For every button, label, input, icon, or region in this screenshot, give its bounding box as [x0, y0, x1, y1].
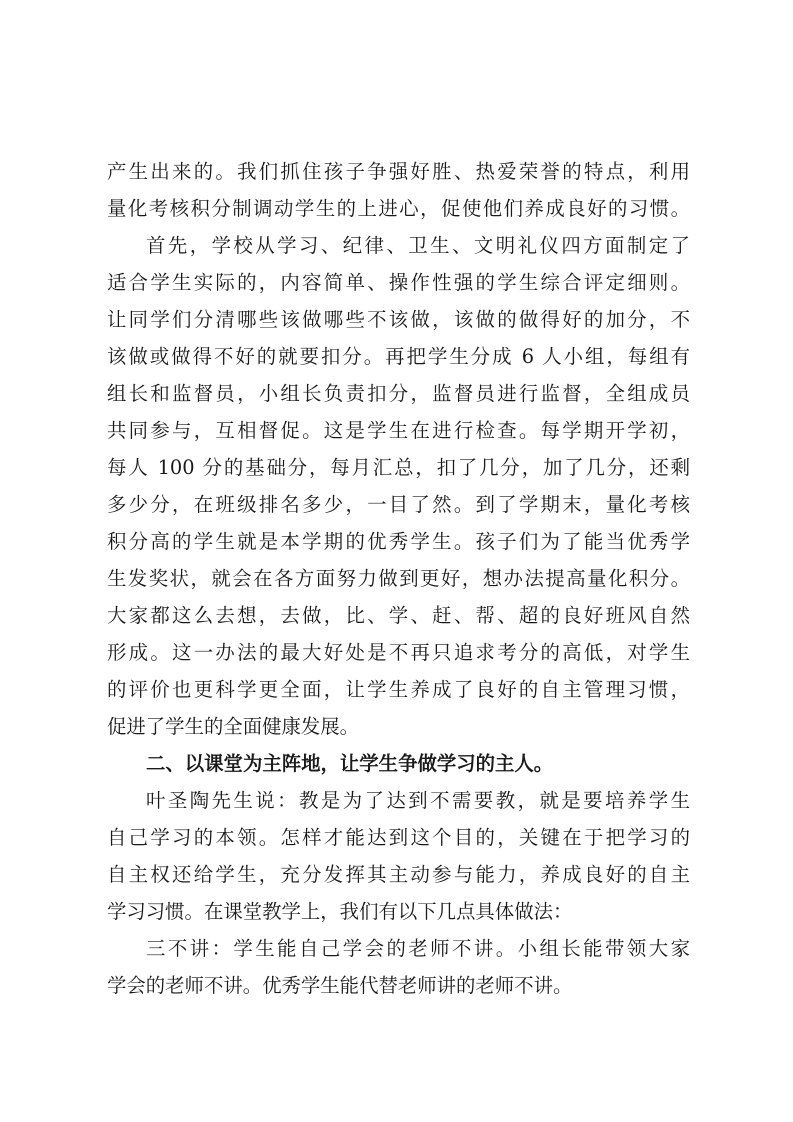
paragraph-line: 学会的老师不讲。优秀学生能代替老师讲的老师不讲。	[107, 967, 690, 1004]
paragraph-line: 大家都这么去想，去做，比、学、赶、帮、超的良好班风自然	[107, 597, 690, 634]
paragraph-line: 让同学们分清哪些该做哪些不该做，该做的做得好的加分，不	[107, 301, 690, 338]
section-heading: 二、以课堂为主阵地，让学生争做学习的主人。	[107, 745, 690, 782]
paragraph-line: 首先，学校从学习、纪律、卫生、文明礼仪四方面制定了	[107, 227, 690, 264]
paragraph-line: 自己学习的本领。怎样才能达到这个目的，关键在于把学习的	[107, 819, 690, 856]
paragraph-line: 生发奖状，就会在各方面努力做到更好，想办法提高量化积分。	[107, 560, 690, 597]
paragraph-line: 多少分，在班级排名多少，一目了然。到了学期末，量化考核	[107, 486, 690, 523]
paragraph-line: 积分高的学生就是本学期的优秀学生。孩子们为了能当优秀学	[107, 523, 690, 560]
paragraph-line: 促进了学生的全面健康发展。	[107, 708, 690, 745]
paragraph-line: 三不讲：学生能自己学会的老师不讲。小组长能带领大家	[107, 930, 690, 967]
paragraph-line: 组长和监督员，小组长负责扣分，监督员进行监督，全组成员	[107, 375, 690, 412]
paragraph-line: 该做或做得不好的就要扣分。再把学生分成 6 人小组，每组有	[107, 338, 690, 375]
paragraph-line: 共同参与，互相督促。这是学生在进行检查。每学期开学初，	[107, 412, 690, 449]
paragraph-line: 形成。这一办法的最大好处是不再只追求考分的高低，对学生	[107, 634, 690, 671]
paragraph-line: 自主权还给学生，充分发挥其主动参与能力，养成良好的自主	[107, 856, 690, 893]
paragraph-line: 的评价也更科学更全面，让学生养成了良好的自主管理习惯，	[107, 671, 690, 708]
paragraph-line: 叶圣陶先生说：教是为了达到不需要教，就是要培养学生	[107, 782, 690, 819]
paragraph-line: 适合学生实际的，内容简单、操作性强的学生综合评定细则。	[107, 264, 690, 301]
paragraph-line: 产生出来的。我们抓住孩子争强好胜、热爱荣誉的特点，利用	[107, 153, 690, 190]
paragraph-line: 学习习惯。在课堂教学上，我们有以下几点具体做法：	[107, 893, 690, 930]
paragraph-line: 量化考核积分制调动学生的上进心，促使他们养成良好的习惯。	[107, 190, 690, 227]
paragraph-line: 每人 100 分的基础分，每月汇总，扣了几分，加了几分，还剩	[107, 449, 690, 486]
document-page: 产生出来的。我们抓住孩子争强好胜、热爱荣誉的特点，利用 量化考核积分制调动学生的…	[107, 153, 690, 1004]
